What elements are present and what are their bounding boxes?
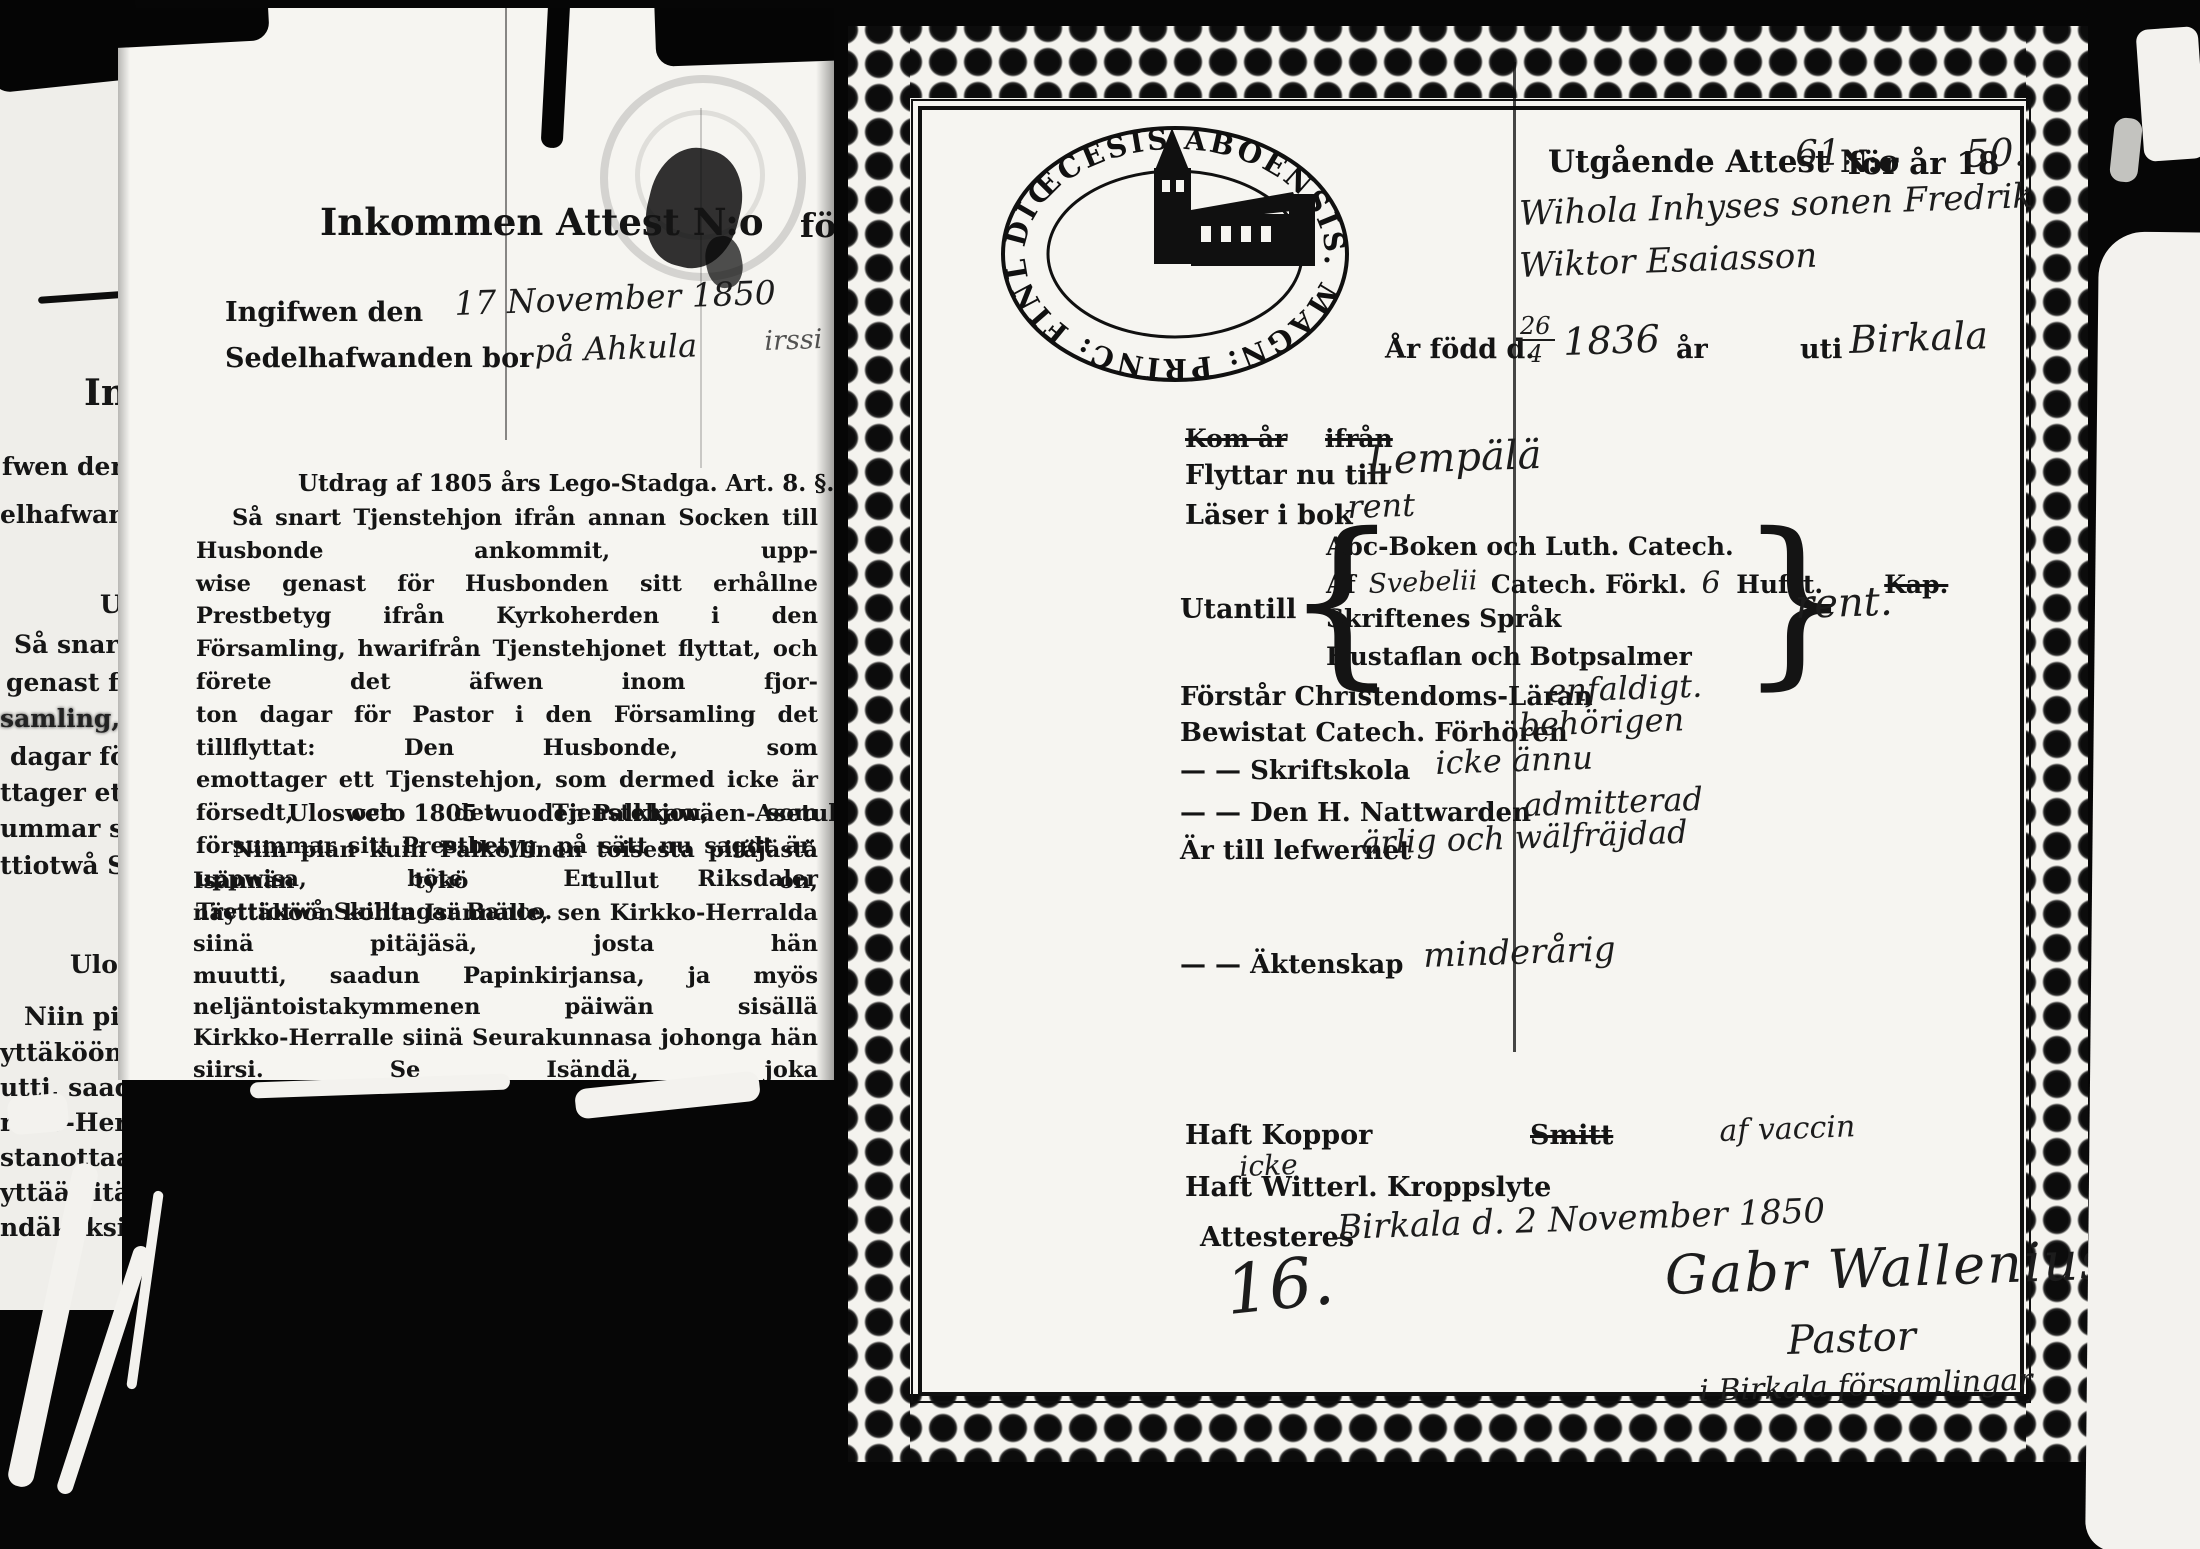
fee-mark: 16.: [1222, 1241, 1338, 1331]
left-page: Inkommen Attest N:o för år 18 Ingifwen d…: [118, 8, 834, 1080]
utantill-item-2-author: Svebelii: [1368, 565, 1478, 600]
fold-mark: [38, 287, 122, 304]
bearer-value: på Ahkula: [534, 326, 698, 370]
page-edge-shade-left: [118, 8, 130, 1080]
paragraph-line: näyttäköön kohta Isännälle, sen Kirkko-H…: [193, 898, 818, 961]
paragraph-line: muutti, saadun Papinkirjansa, ja myös ne…: [193, 961, 818, 1024]
signature-title: Pastor: [1786, 1314, 1916, 1364]
fragment-line: Uloswe: [70, 950, 122, 979]
skriftskola-label: — — Skriftskola: [1180, 756, 1410, 786]
diocese-seal: DIŒCESIS ABOENSIS. MAGN: PRINC: FINL.: [995, 118, 1355, 390]
paragraph-line: ton dagar för Pastor i den Församling de…: [196, 699, 818, 765]
born-month: 4: [1516, 341, 1555, 366]
right-page: DIŒCESIS ABOENSIS. MAGN: PRINC: FINL. Ut…: [848, 26, 2088, 1462]
torn-page-edge: [2085, 231, 2200, 1549]
born-year: 1836: [1562, 317, 1660, 364]
skriftskola-value: icke ännu: [1435, 739, 1594, 782]
received-label: Ingifwen den: [225, 297, 423, 328]
fragment-line: yttäköön koht: [0, 1038, 122, 1067]
paragraph-line: Så snart Tjenstehjon ifrån annan Socken …: [196, 502, 818, 568]
fragment-line: yttää sitä ny: [0, 1178, 122, 1207]
fragment-line: stanottaa P: [0, 1143, 122, 1172]
fragment-line: dagar för P: [10, 742, 122, 771]
smitt-label: Smitt: [1530, 1120, 1613, 1151]
vaccine-value: af vaccin: [1719, 1109, 1856, 1149]
paragraph-line: Niin pian kuin Palkollinen toisesta pitä…: [193, 835, 818, 898]
utantill-label: Utantill: [1180, 594, 1296, 625]
deformity-label: Haft Witterl. Kroppslyte: [1185, 1172, 1551, 1203]
utantill-item-3: Skriftenes Språk: [1326, 604, 1561, 633]
utantill-item-4: Hustaflan och Botpsalmer: [1326, 642, 1692, 671]
born-day: 26: [1516, 314, 1555, 341]
born-ar-label: år: [1676, 334, 1708, 365]
utantill-item-2-af: Af: [1326, 570, 1356, 599]
bearer-value-2: irssi: [764, 324, 823, 357]
page-edge-shade-right: [816, 8, 834, 1080]
bearer-label: Sedelhafwanden bor: [225, 343, 533, 374]
page-title: Inkommen Attest N:o: [320, 200, 764, 244]
moves-label: Flyttar nu till: [1185, 460, 1388, 491]
page-title-year: för år 18: [800, 206, 834, 245]
utantill-item-1: Abc-Boken och Luth. Catech.: [1326, 532, 1734, 561]
paragraph-line: wise genast för Husbonden sitt erhållne …: [196, 568, 818, 634]
section1-heading: Utdrag af 1805 års Lego-Stadga. Art. 8. …: [298, 470, 834, 497]
fragment-line: elhafwanden: [0, 500, 122, 529]
born-place: Birkala: [1848, 313, 1988, 362]
ornament-border-top: [848, 26, 2088, 98]
fragment-line: ttager ett Tj: [0, 778, 122, 807]
ink-blot-top: [654, 8, 834, 67]
fragment-line: genast för: [6, 668, 122, 697]
fragment-line: Så snart T: [14, 630, 122, 659]
book-scan: In fwen den 2 elhafwanden U Så snart T g…: [0, 0, 2200, 1549]
utantill-item-2-count: 6: [1701, 565, 1721, 601]
marriage-value: minderårig: [1423, 929, 1617, 976]
ink-blot-corner: [118, 8, 270, 50]
kom-ar-label: Kom år: [1185, 424, 1287, 453]
fragment-line: In: [84, 372, 122, 414]
paragraph-line: Kirkko-Herralle siinä Seurakunnasa johon…: [193, 1023, 818, 1080]
paper-streak: [6, 1092, 69, 1135]
utantill-item-2-mid: Catech. Förkl.: [1491, 570, 1687, 599]
fragment-line: ummar sitt: [0, 814, 122, 843]
born-date-fraction: 26 4: [1516, 314, 1555, 366]
utantill-item-2-kap: Kap.: [1884, 570, 1948, 599]
attest-year-value: 50.: [1964, 130, 2026, 176]
torn-page-edge: [2135, 26, 2200, 162]
fragment-line: fwen den 2: [2, 452, 122, 481]
moves-value: Lempälä: [1366, 432, 1542, 484]
attest-number: 61.: [1795, 132, 1854, 175]
born-uti-label: uti: [1800, 334, 1842, 365]
paragraph-line: Församling, hwarifrån Tjenstehjonet flyt…: [196, 633, 818, 699]
ornament-border-bottom: [848, 1394, 2088, 1462]
born-label: År född d.: [1385, 334, 1535, 365]
pox-label: Haft Koppor: [1185, 1120, 1372, 1151]
ornament-border-left: [848, 26, 910, 1462]
catech-value: behörigen: [1519, 700, 1685, 744]
fragment-line: ttiotwå Ski: [0, 851, 122, 880]
received-value: 17 November 1850: [454, 273, 777, 323]
ink-drip: [541, 8, 572, 148]
section2-heading: Ulosweto 1805 wuoden Palkkawäen-Asetukse…: [288, 800, 834, 827]
section2-paragraph: Niin pian kuin Palkollinen toisesta pitä…: [193, 835, 818, 1080]
fragment-line: Niin pian: [24, 1002, 122, 1031]
utantill-result: rent.: [1794, 579, 1893, 628]
marriage-label: — — Äktenskap: [1180, 950, 1403, 980]
fragment-line: samling, hw: [0, 704, 122, 733]
torn-page-edge: [2109, 117, 2144, 184]
